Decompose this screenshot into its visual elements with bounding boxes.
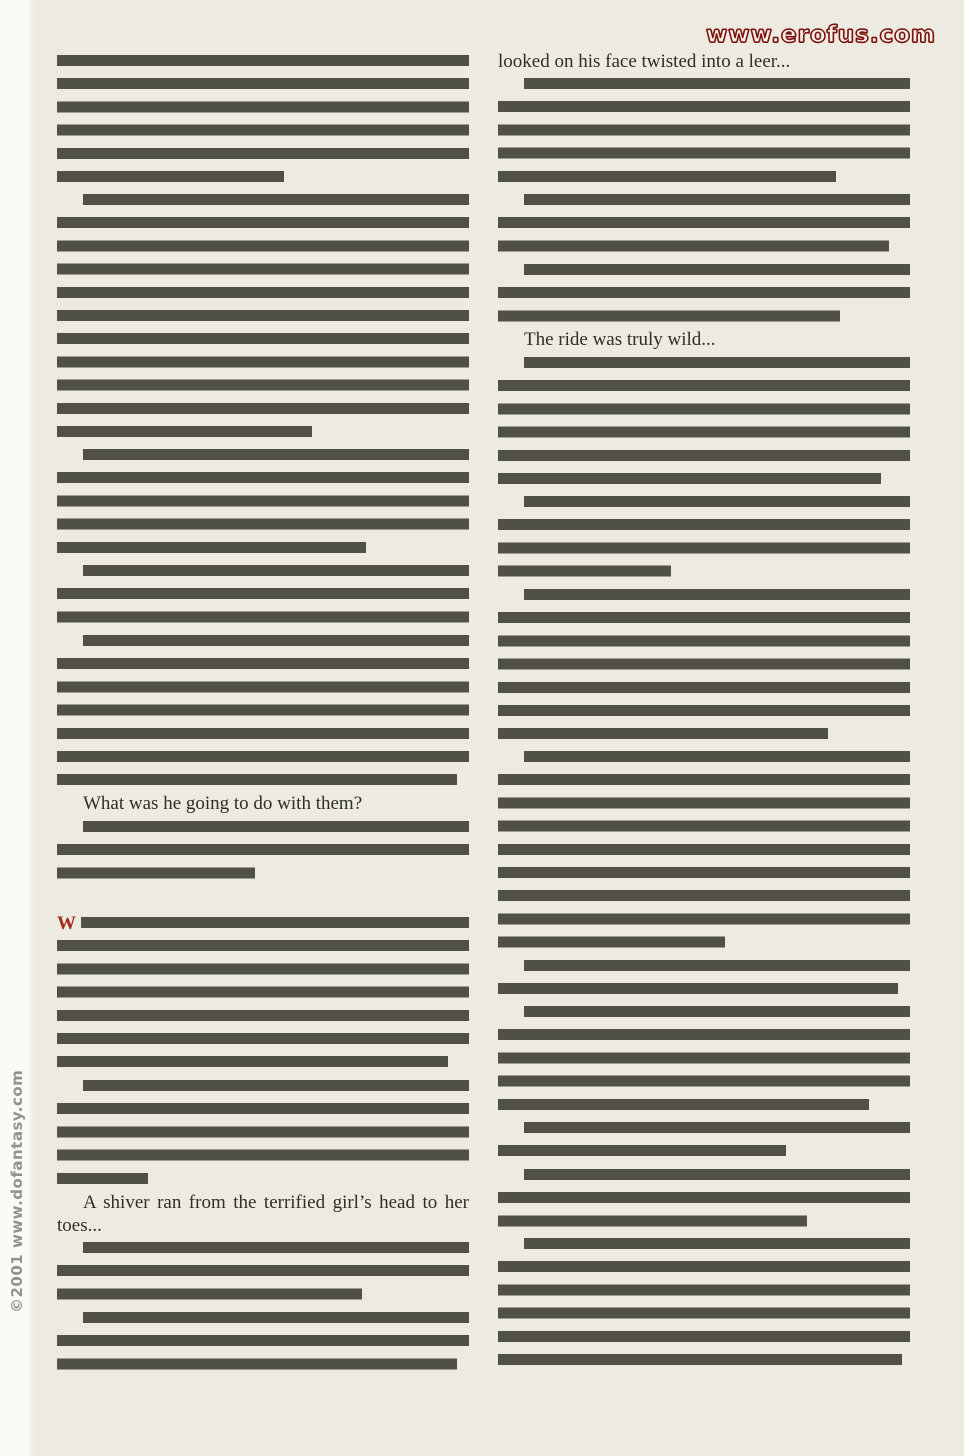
drop-cap-initial: W <box>57 912 81 935</box>
paragraph: A shiver ran from the terrified girl’s h… <box>57 1191 469 1237</box>
watermark-erofus: www.erofus.com <box>706 22 936 48</box>
redacted-paragraph <box>498 584 910 746</box>
redacted-paragraph <box>57 50 469 189</box>
redacted-paragraph <box>498 1001 910 1117</box>
paragraph: The ride was truly wild... <box>498 328 910 351</box>
redacted-paragraph <box>498 352 910 491</box>
scanned-book-page: { "page": { "kind": "scanned two-column … <box>0 0 964 1456</box>
redacted-paragraph <box>57 444 469 560</box>
redacted-paragraph <box>498 1164 910 1234</box>
redacted-paragraph <box>57 816 469 886</box>
redacted-paragraph <box>498 955 910 1001</box>
column-right: looked on his face twisted into a leer..… <box>498 50 910 1376</box>
redacted-paragraph <box>57 560 469 630</box>
redacted-paragraph <box>57 1075 469 1191</box>
paragraph: looked on his face twisted into a leer..… <box>498 50 910 73</box>
redacted-paragraph <box>498 73 910 189</box>
column-left: What was he going to do with them?WA shi… <box>57 50 469 1376</box>
redacted-paragraph <box>498 491 910 584</box>
watermark-dofantasy: ©2001 www.dofantasy.com <box>8 1073 26 1313</box>
redacted-paragraph <box>57 630 469 792</box>
redacted-paragraph <box>498 259 910 329</box>
redacted-paragraph <box>57 189 469 444</box>
redacted-paragraph <box>57 1307 469 1377</box>
redacted-paragraph <box>57 1237 469 1307</box>
text-columns: What was he going to do with them?WA shi… <box>57 50 910 1376</box>
redacted-paragraph <box>498 189 910 259</box>
paragraph: What was he going to do with them? <box>57 792 469 815</box>
redacted-paragraph <box>498 746 910 955</box>
redacted-paragraph <box>498 1233 910 1372</box>
redacted-paragraph <box>498 1117 910 1163</box>
redacted-paragraph: W <box>57 912 469 1074</box>
